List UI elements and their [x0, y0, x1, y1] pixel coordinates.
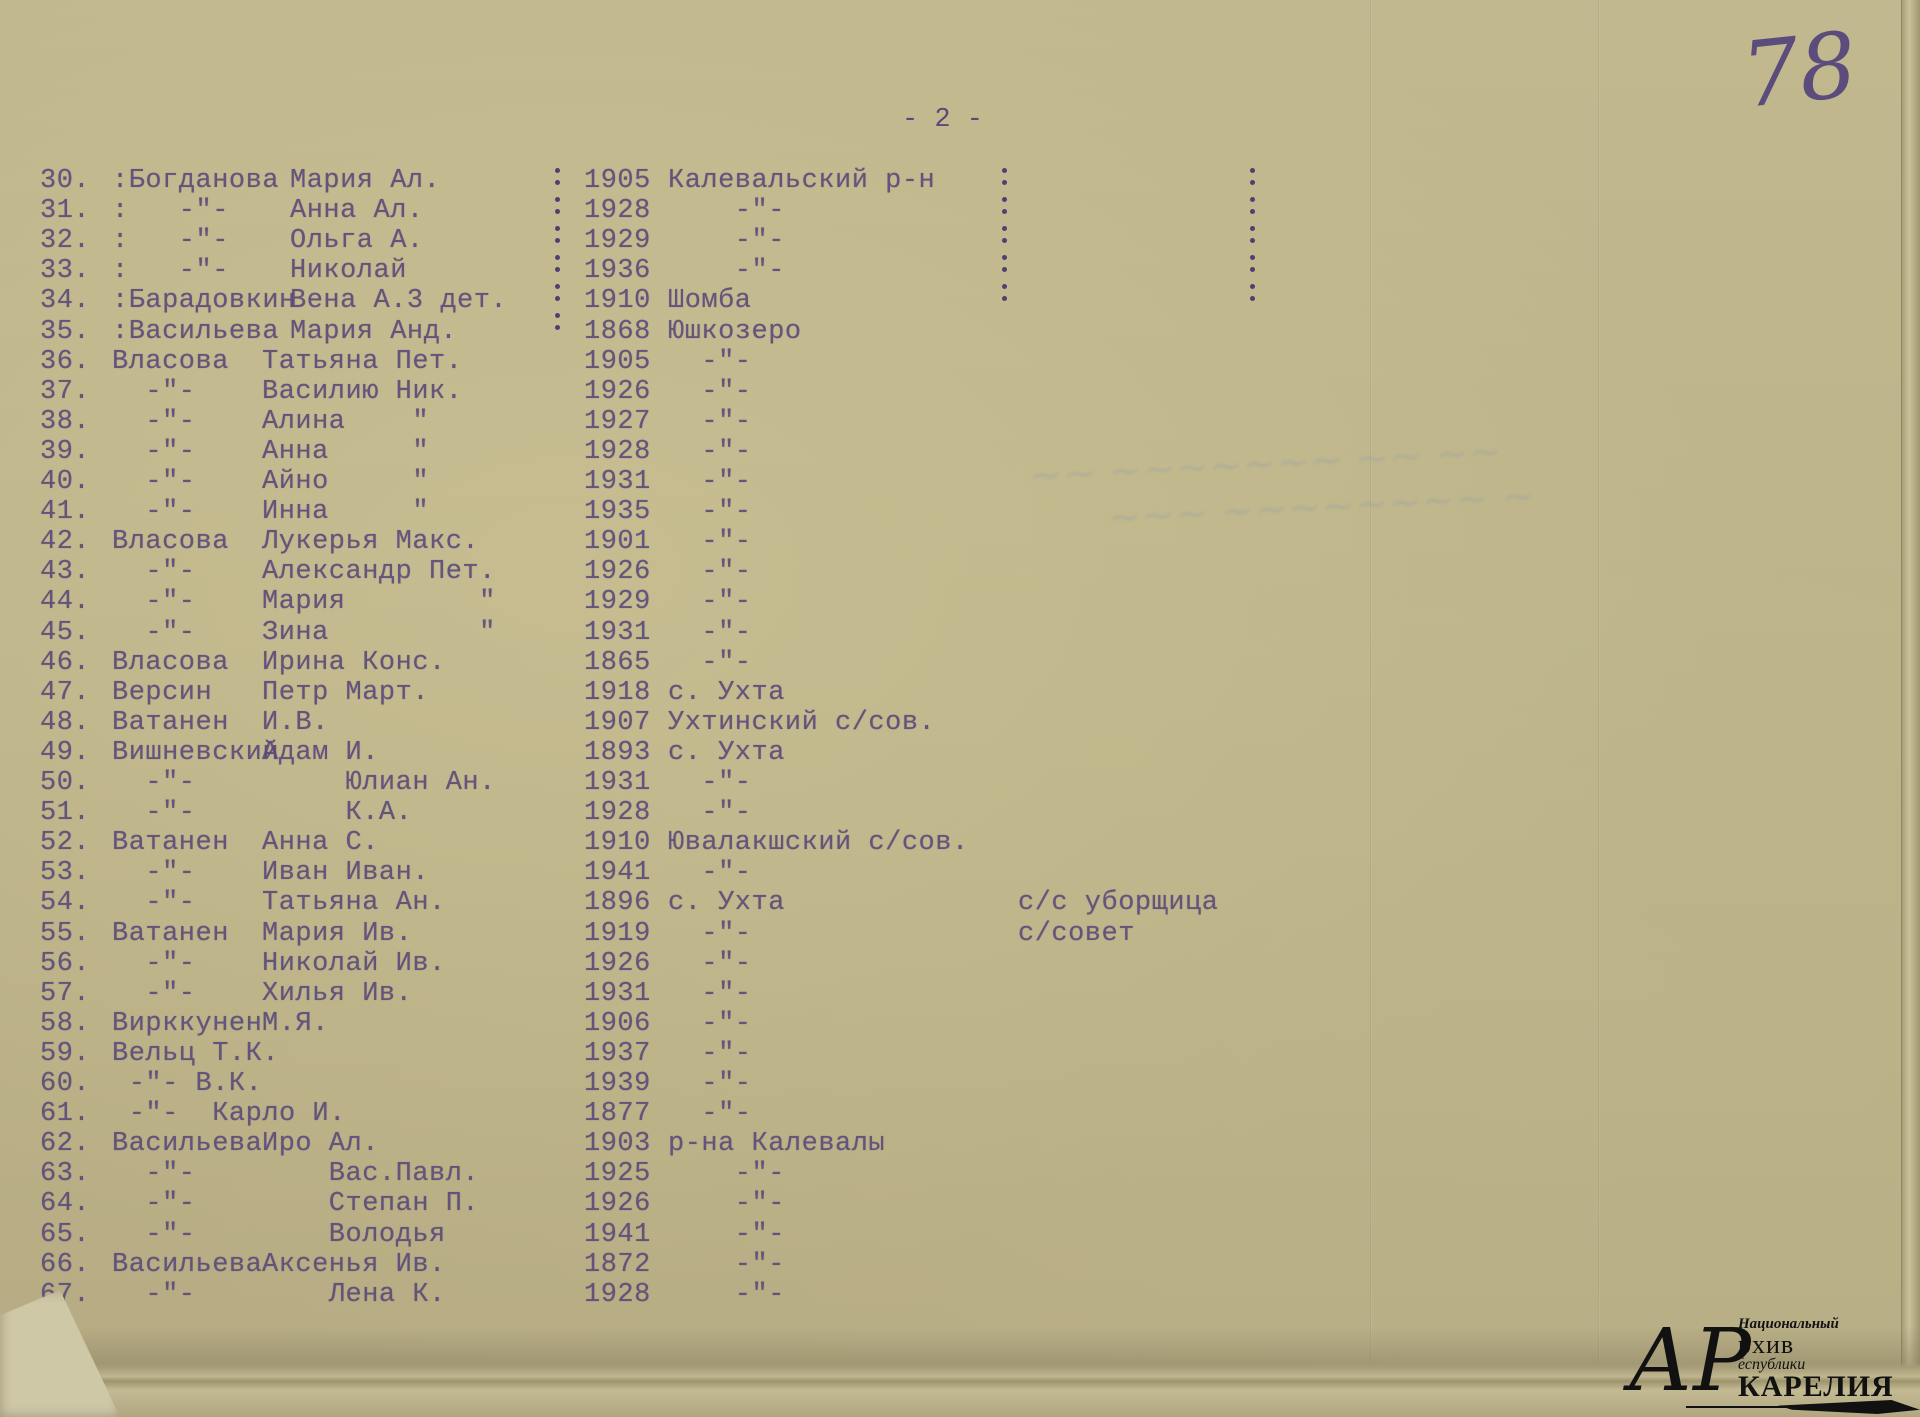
surname: Ватанен	[112, 710, 229, 737]
given-name: Мария Ив.	[262, 921, 412, 948]
given-name: Мария Ал.	[290, 168, 440, 195]
row-number: 44.	[40, 589, 90, 616]
register-row: 30.:БогдановаМария Ал.1905Калевальский р…	[0, 168, 1300, 198]
given-name: Лена К.	[262, 1282, 446, 1309]
place: -"-	[668, 1282, 785, 1309]
place: Ювалакшский с/сов.	[668, 830, 969, 857]
paper-fold-line	[1598, 0, 1600, 1417]
place: Калевальский р-н	[668, 168, 935, 195]
register-row: 63. -"- Вас.Павл.1925 -"-	[0, 1161, 1300, 1191]
place: -"-	[668, 589, 752, 616]
row-number: 47.	[40, 680, 90, 707]
row-number: 65.	[40, 1222, 90, 1249]
given-name: Лукерья Макс.	[262, 529, 479, 556]
register-row: 57. -"-Хилья Ив.1931 -"-	[0, 981, 1300, 1011]
given-name: Анна Ал.	[290, 198, 424, 225]
given-name: Николай	[290, 258, 407, 285]
register-row: 41. -"-Инна "1935 -"-	[0, 499, 1300, 529]
birth-year: 1926	[584, 951, 651, 978]
place: -"-	[668, 379, 752, 406]
surname: :Васильева	[112, 319, 279, 346]
row-number: 36.	[40, 349, 90, 376]
register-row: 54. -"-Татьяна Ан.1896с. Ухтас/с уборщиц…	[0, 890, 1300, 920]
row-number: 56.	[40, 951, 90, 978]
row-number: 59.	[40, 1041, 90, 1068]
place: Ухтинский с/сов.	[668, 710, 935, 737]
birth-year: 1901	[584, 529, 651, 556]
register-row: 67. -"- Лена К.1928 -"-	[0, 1282, 1300, 1312]
place: -"-	[668, 951, 752, 978]
birth-year: 1931	[584, 620, 651, 647]
given-name: Ольга А.	[290, 228, 424, 255]
row-number: 42.	[40, 529, 90, 556]
given-name: Анна С.	[262, 830, 379, 857]
register-row: 46.ВласоваИрина Конс.1865 -"-	[0, 650, 1300, 680]
birth-year: 1928	[584, 439, 651, 466]
register-row: 44. -"-Мария "1929 -"-	[0, 589, 1300, 619]
register-row: 35.:ВасильеваМария Анд.1868Юшкозеро	[0, 319, 1300, 349]
given-name: Зина "	[262, 620, 496, 647]
given-name: Степан П.	[262, 1191, 479, 1218]
birth-year: 1931	[584, 469, 651, 496]
register-row: 51. -"- К.А.1928 -"-	[0, 800, 1300, 830]
surname: :Богданова	[112, 168, 279, 195]
surname: Вельц Т.К.	[112, 1041, 279, 1068]
register-row: 66.ВасильеваАксенья Ив.1872 -"-	[0, 1252, 1300, 1282]
birth-year: 1896	[584, 890, 651, 917]
row-number: 37.	[40, 379, 90, 406]
birth-year: 1926	[584, 1191, 651, 1218]
page-edge	[1901, 0, 1920, 1417]
row-number: 51.	[40, 800, 90, 827]
row-number: 30.	[40, 168, 90, 195]
row-number: 52.	[40, 830, 90, 857]
given-name: Татьяна Пет.	[262, 349, 462, 376]
surname: -"-	[112, 800, 196, 827]
given-name: М.Я.	[262, 1011, 329, 1038]
row-number: 61.	[40, 1101, 90, 1128]
place: -"-	[668, 650, 752, 677]
row-number: 63.	[40, 1161, 90, 1188]
surname: Васильева	[112, 1252, 262, 1279]
row-number: 60.	[40, 1071, 90, 1098]
row-number: 46.	[40, 650, 90, 677]
place: с. Ухта	[668, 890, 785, 917]
place: -"-	[668, 1041, 752, 1068]
surname: Версин	[112, 680, 212, 707]
place: -"-	[668, 1252, 785, 1279]
surname: -"-	[112, 1161, 196, 1188]
row-number: 58.	[40, 1011, 90, 1038]
place: -"-	[668, 499, 752, 526]
register-row: 45. -"-Зина "1931 -"-	[0, 620, 1300, 650]
register-row: 48.ВатаненИ.В.1907Ухтинский с/сов.	[0, 710, 1300, 740]
given-name: Мария Анд.	[290, 319, 457, 346]
birth-year: 1925	[584, 1161, 651, 1188]
surname: Васильева	[112, 1131, 262, 1158]
register-row: 33.: -"-Николай1936 -"-	[0, 258, 1300, 288]
surname: -"-	[112, 499, 196, 526]
surname: -"-	[112, 890, 196, 917]
birth-year: 1926	[584, 559, 651, 586]
row-number: 39.	[40, 439, 90, 466]
surname: Ватанен	[112, 830, 229, 857]
place: Шомба	[668, 288, 752, 315]
place: -"-	[668, 921, 752, 948]
birth-year: 1928	[584, 1282, 651, 1309]
surname: Ватанен	[112, 921, 229, 948]
row-number: 54.	[40, 890, 90, 917]
surname: -"-	[112, 469, 196, 496]
birth-year: 1906	[584, 1011, 651, 1038]
birth-year: 1926	[584, 379, 651, 406]
row-number: 38.	[40, 409, 90, 436]
register-row: 56. -"-Николай Ив.1926 -"-	[0, 951, 1300, 981]
birth-year: 1931	[584, 770, 651, 797]
row-number: 57.	[40, 981, 90, 1008]
given-name: Юлиан Ан.	[262, 770, 496, 797]
logo-text-karelia: КАРЕЛИЯ	[1738, 1370, 1894, 1404]
register-row: 60. -"- В.К.1939 -"-	[0, 1071, 1300, 1101]
register-row: 55.ВатаненМария Ив.1919 -"-с/совет	[0, 921, 1300, 951]
register-row: 36.ВласоваТатьяна Пет.1905 -"-	[0, 349, 1300, 379]
register-row: 50. -"- Юлиан Ан.1931 -"-	[0, 770, 1300, 800]
given-name: Иро Ал.	[262, 1131, 379, 1158]
birth-year: 1893	[584, 740, 651, 767]
register-row: 32.: -"-Ольга А.1929 -"-	[0, 228, 1300, 258]
surname: -"-	[112, 951, 196, 978]
place: -"-	[668, 860, 752, 887]
row-number: 66.	[40, 1252, 90, 1279]
place: -"-	[668, 559, 752, 586]
birth-year: 1868	[584, 319, 651, 346]
birth-year: 1928	[584, 198, 651, 225]
register-row: 39. -"-Анна "1928 -"-	[0, 439, 1300, 469]
row-number: 40.	[40, 469, 90, 496]
row-number: 45.	[40, 620, 90, 647]
row-number: 34.	[40, 288, 90, 315]
place: -"-	[668, 228, 785, 255]
surname: Власова	[112, 650, 229, 677]
birth-year: 1919	[584, 921, 651, 948]
birth-year: 1941	[584, 1222, 651, 1249]
row-number: 49.	[40, 740, 90, 767]
given-name: Николай Ив.	[262, 951, 446, 978]
place: -"-	[668, 469, 752, 496]
document-page: - 2 - 78 ~~ ~~~~~~~ ~~ ~~ ~~~ ~~~~~~~~ ~…	[0, 0, 1920, 1417]
register-row: 64. -"- Степан П.1926 -"-	[0, 1191, 1300, 1221]
surname: -"-	[112, 439, 196, 466]
handwritten-folio-number: 78	[1737, 12, 1862, 128]
surname: Вирккунен	[112, 1011, 262, 1038]
given-name: Адам И.	[262, 740, 379, 767]
place: -"-	[668, 1011, 752, 1038]
given-name: К.А.	[262, 800, 412, 827]
surname: -"-	[112, 620, 196, 647]
given-name: Володья	[262, 1222, 446, 1249]
birth-year: 1910	[584, 288, 651, 315]
birth-year: 1872	[584, 1252, 651, 1279]
surname: Вишневский	[112, 740, 279, 767]
register-row: 49.ВишневскийАдам И.1893с. Ухта	[0, 740, 1300, 770]
row-number: 64.	[40, 1191, 90, 1218]
note: с/с уборщица	[1018, 890, 1218, 917]
birth-year: 1927	[584, 409, 651, 436]
given-name: Александр Пет.	[262, 559, 496, 586]
given-name: Инна "	[262, 499, 429, 526]
place: -"-	[668, 1161, 785, 1188]
surname: : -"-	[112, 258, 229, 285]
surname: -"- В.К.	[112, 1071, 262, 1098]
birth-year: 1931	[584, 981, 651, 1008]
register-row: 43. -"-Александр Пет.1926 -"-	[0, 559, 1300, 589]
register-row: 40. -"-Айно "1931 -"-	[0, 469, 1300, 499]
given-name: Анна "	[262, 439, 429, 466]
row-number: 62.	[40, 1131, 90, 1158]
row-number: 53.	[40, 860, 90, 887]
given-name: Вас.Павл.	[262, 1161, 479, 1188]
surname: -"-	[112, 409, 196, 436]
place: -"-	[668, 620, 752, 647]
row-number: 41.	[40, 499, 90, 526]
register-row: 59.Вельц Т.К.1937 -"-	[0, 1041, 1300, 1071]
paper-fold-line	[1370, 0, 1372, 1417]
given-name: Ирина Конс.	[262, 650, 446, 677]
register-row: 47.ВерсинПетр Март.1918с. Ухта	[0, 680, 1300, 710]
given-name: Иван Иван.	[262, 860, 429, 887]
surname: -"-	[112, 1191, 196, 1218]
register-row: 61. -"- Карло И.1877 -"-	[0, 1101, 1300, 1131]
birth-year: 1918	[584, 680, 651, 707]
birth-year: 1905	[584, 349, 651, 376]
birth-year: 1941	[584, 860, 651, 887]
page-marker: - 2 -	[902, 105, 983, 135]
register-row: 52.ВатаненАнна С.1910Ювалакшский с/сов.	[0, 830, 1300, 860]
place: с. Ухта	[668, 740, 785, 767]
surname: : -"-	[112, 198, 229, 225]
given-name: Айно "	[262, 469, 429, 496]
place: -"-	[668, 981, 752, 1008]
surname: -"-	[112, 981, 196, 1008]
given-name: Аксенья Ив.	[262, 1252, 446, 1279]
surname: -"-	[112, 860, 196, 887]
surname: : -"-	[112, 228, 229, 255]
place: -"-	[668, 258, 785, 285]
row-number: 32.	[40, 228, 90, 255]
surname: Власова	[112, 349, 229, 376]
birth-year: 1928	[584, 800, 651, 827]
logo-monogram: АР	[1628, 1318, 1751, 1404]
place: -"-	[668, 349, 752, 376]
surname: -"-	[112, 379, 196, 406]
register-row: 38. -"-Алина "1927 -"-	[0, 409, 1300, 439]
birth-year: 1907	[584, 710, 651, 737]
birth-year: 1935	[584, 499, 651, 526]
given-name: Мария "	[262, 589, 496, 616]
place: -"-	[668, 198, 785, 225]
birth-year: 1936	[584, 258, 651, 285]
place: -"-	[668, 800, 752, 827]
place: -"-	[668, 1101, 752, 1128]
row-number: 31.	[40, 198, 90, 225]
place: Юшкозеро	[668, 319, 802, 346]
given-name: Василию Ник.	[262, 379, 462, 406]
birth-year: 1905	[584, 168, 651, 195]
place: -"-	[668, 1222, 785, 1249]
row-number: 33.	[40, 258, 90, 285]
register-row: 31.: -"-Анна Ал.1928 -"-	[0, 198, 1300, 228]
place: -"-	[668, 409, 752, 436]
birth-year: 1929	[584, 589, 651, 616]
register-row: 58.ВирккуненМ.Я.1906 -"-	[0, 1011, 1300, 1041]
surname: -"- Карло И.	[112, 1101, 346, 1128]
surname: -"-	[112, 1222, 196, 1249]
birth-year: 1865	[584, 650, 651, 677]
birth-year: 1877	[584, 1101, 651, 1128]
row-number: 48.	[40, 710, 90, 737]
register-row: 42.ВласоваЛукерья Макс.1901 -"-	[0, 529, 1300, 559]
birth-year: 1910	[584, 830, 651, 857]
place: -"-	[668, 770, 752, 797]
given-name: Алина "	[262, 409, 429, 436]
surname: :Барадовкин	[112, 288, 296, 315]
row-number: 43.	[40, 559, 90, 586]
given-name: Татьяна Ан.	[262, 890, 446, 917]
given-name: Петр Март.	[262, 680, 429, 707]
surname: -"-	[112, 770, 196, 797]
row-number: 35.	[40, 319, 90, 346]
birth-year: 1929	[584, 228, 651, 255]
place: с. Ухта	[668, 680, 785, 707]
surname: Власова	[112, 529, 229, 556]
place: -"-	[668, 1191, 785, 1218]
row-number: 50.	[40, 770, 90, 797]
register-row: 34.:БарадовкинВена А.3 дет.1910Шомба	[0, 288, 1300, 318]
register-row: 37. -"-Василию Ник.1926 -"-	[0, 379, 1300, 409]
row-number: 55.	[40, 921, 90, 948]
surname: -"-	[112, 589, 196, 616]
register-row: 65. -"- Володья1941 -"-	[0, 1222, 1300, 1252]
birth-year: 1939	[584, 1071, 651, 1098]
note: с/совет	[1018, 921, 1135, 948]
register-row: 62.ВасильеваИро Ал.1903р-на Калевалы	[0, 1131, 1300, 1161]
register-row: 53. -"-Иван Иван.1941 -"-	[0, 860, 1300, 890]
surname: -"-	[112, 1282, 196, 1309]
birth-year: 1903	[584, 1131, 651, 1158]
surname: -"-	[112, 559, 196, 586]
national-archive-karelia-logo: АР Национальный рхив еспублики КАРЕЛИЯ	[1628, 1300, 1920, 1417]
place: -"-	[668, 529, 752, 556]
given-name: Хилья Ив.	[262, 981, 412, 1008]
place: р-на Калевалы	[668, 1131, 885, 1158]
place: -"-	[668, 1071, 752, 1098]
given-name: Вена А.3 дет.	[290, 288, 507, 315]
birth-year: 1937	[584, 1041, 651, 1068]
given-name: И.В.	[262, 710, 329, 737]
place: -"-	[668, 439, 752, 466]
